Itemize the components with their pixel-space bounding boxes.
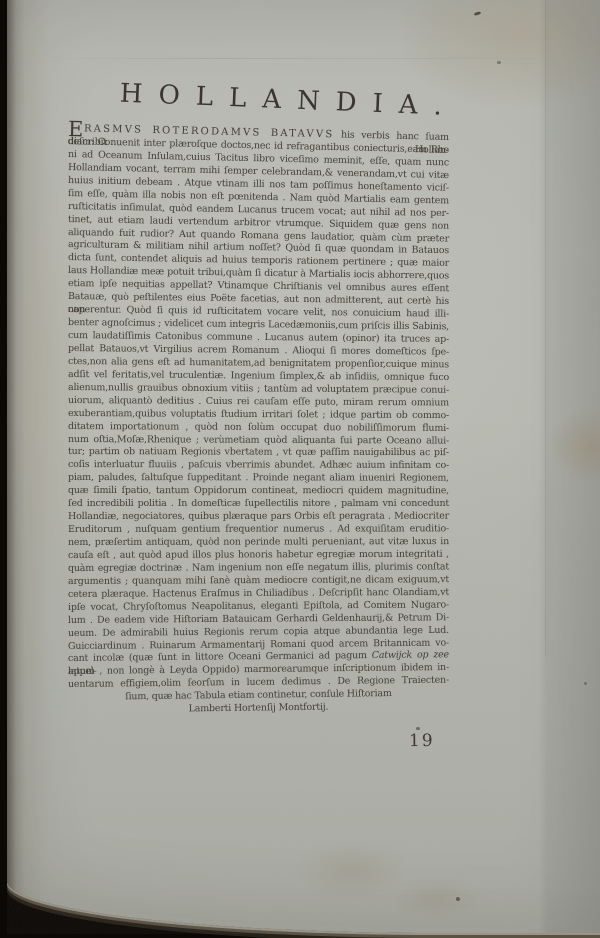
- paper-stain: [402, 0, 600, 106]
- text-line: quæ ſimili ſpatio, tantum Oppidorum cont…: [68, 485, 449, 498]
- page-number: 19: [409, 731, 435, 751]
- book-photo: HOLLANDIA. ERASMVS ROTERODAMVS BATAVVS h…: [0, 0, 600, 938]
- paper-stain: [297, 841, 407, 901]
- book-page: HOLLANDIA. ERASMVS ROTERODAMVS BATAVVS h…: [7, 0, 600, 933]
- paper-stain: [552, 411, 600, 481]
- text-line: Eruditorum , nuſquam gentium frequentior…: [68, 523, 449, 537]
- closing-lines: ſium, quæ hac Tabula etiam continetur, c…: [68, 692, 449, 718]
- ink-speck: [584, 682, 587, 685]
- text-line: ditatem importationum , quòd non ſolùm o…: [68, 421, 449, 436]
- ink-speck: [474, 11, 482, 16]
- paper-stain: [392, 876, 482, 922]
- ink-speck: [497, 61, 501, 64]
- page-title: HOLLANDIA.: [104, 78, 473, 123]
- text-line: Hollandiæ, negociatores, quibus plæraque…: [68, 511, 449, 524]
- text-line: ſed incredibili politia . In domeſticæ ſ…: [68, 498, 449, 511]
- text-line: nem, præſertim antiquam, quòd non perind…: [68, 536, 449, 550]
- ink-speck: [416, 727, 420, 730]
- body-lines: diam: Conuenit inter plæroſque doctos,ne…: [68, 136, 449, 692]
- paper-crease: [37, 58, 577, 59]
- ink-speck: [456, 897, 460, 901]
- page-fold-line: [545, 0, 546, 656]
- paragraph: ERASMVS ROTERODAMVS BATAVVS his verbis h…: [68, 123, 449, 718]
- text-line: piam, paludes, ſaltuſque ſuppeditant . P…: [68, 472, 449, 486]
